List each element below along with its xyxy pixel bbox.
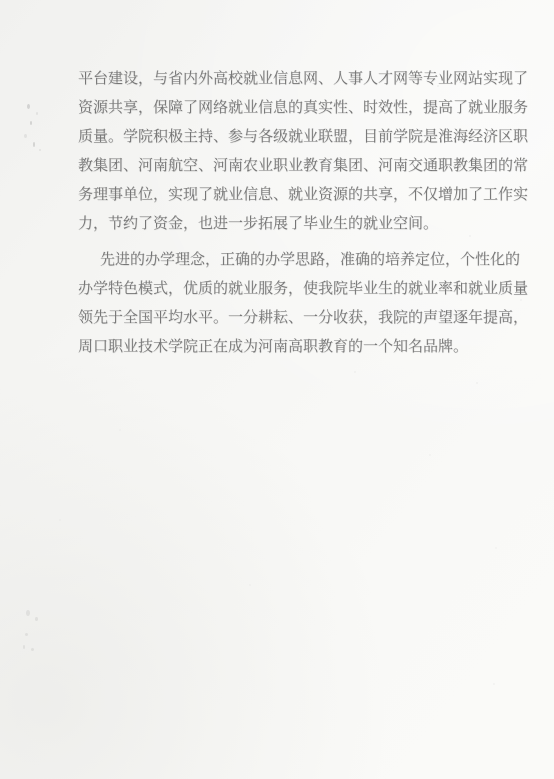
text-line: 教集团、河南航空、河南农业职业教育集团、河南交通职教集团的常 — [78, 151, 484, 180]
body-text: 平台建设，与省内外高校就业信息网、人事人才网等专业网站实现了 资源共享，保障了网… — [78, 64, 484, 361]
scan-speckle — [30, 121, 32, 125]
text-line: 先进的办学理念，正确的办学思路，准确的培养定位，个性化的 — [78, 245, 484, 274]
scanned-page: 平台建设，与省内外高校就业信息网、人事人才网等专业网站实现了 资源共享，保障了网… — [0, 0, 554, 779]
scan-speckle — [25, 633, 28, 636]
scan-speckle — [27, 104, 30, 109]
scan-speckle — [39, 149, 41, 151]
scan-speckle — [33, 142, 35, 147]
text-line: 办学特色模式，优质的就业服务，使我院毕业生的就业率和就业质量 — [78, 274, 484, 303]
text-line: 质量。学院积极主持、参与各级就业联盟，目前学院是淮海经济区职 — [78, 122, 484, 151]
text-line: 平台建设，与省内外高校就业信息网、人事人才网等专业网站实现了 — [78, 64, 484, 93]
scan-speckle — [31, 648, 34, 651]
text-line: 务理事单位，实现了就业信息、就业资源的共享，不仅增加了工作实 — [78, 180, 484, 209]
text-line: 资源共享，保障了网络就业信息的真实性、时效性，提高了就业服务 — [78, 93, 484, 122]
text-line: 周口职业技术学院正在成为河南高职教育的一个知名品牌。 — [78, 332, 484, 361]
scan-speckle — [23, 645, 25, 649]
text-line: 领先于全国平均水平。一分耕耘、一分收获，我院的声望逐年提高， — [78, 303, 484, 332]
scan-speckle — [24, 134, 27, 138]
scan-speckle — [26, 610, 30, 616]
scan-speckle — [36, 112, 38, 115]
scan-speckle — [35, 617, 38, 621]
text-line: 力，节约了资金，也进一步拓展了毕业生的就业空间。 — [78, 209, 484, 238]
